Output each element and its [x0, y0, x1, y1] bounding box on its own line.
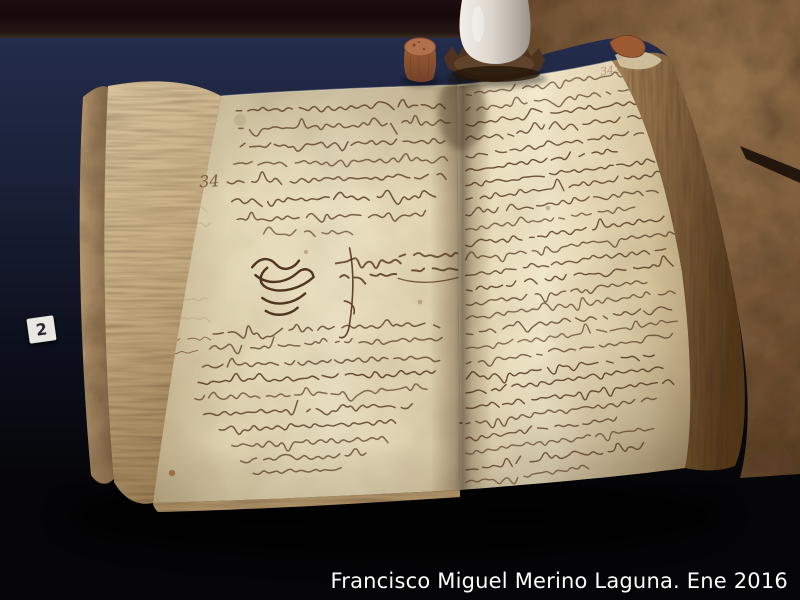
photo-credit-caption: Francisco Miguel Merino Laguna. Ene 2016 [331, 569, 788, 593]
white-vessel-body [460, 0, 531, 64]
exhibit-number: 2 [35, 319, 49, 339]
manuscript-book-scene: 34 342 [0, 0, 800, 600]
left-page-marginal-numeral: 34 [198, 171, 220, 191]
museum-display-photo: 34 342 [0, 0, 800, 600]
gutter-shadow [430, 74, 492, 492]
right-page-stain [546, 206, 551, 211]
exhibit-number-card: 2 [26, 315, 56, 344]
vessel-highlight [472, 6, 484, 42]
cork [402, 38, 440, 86]
